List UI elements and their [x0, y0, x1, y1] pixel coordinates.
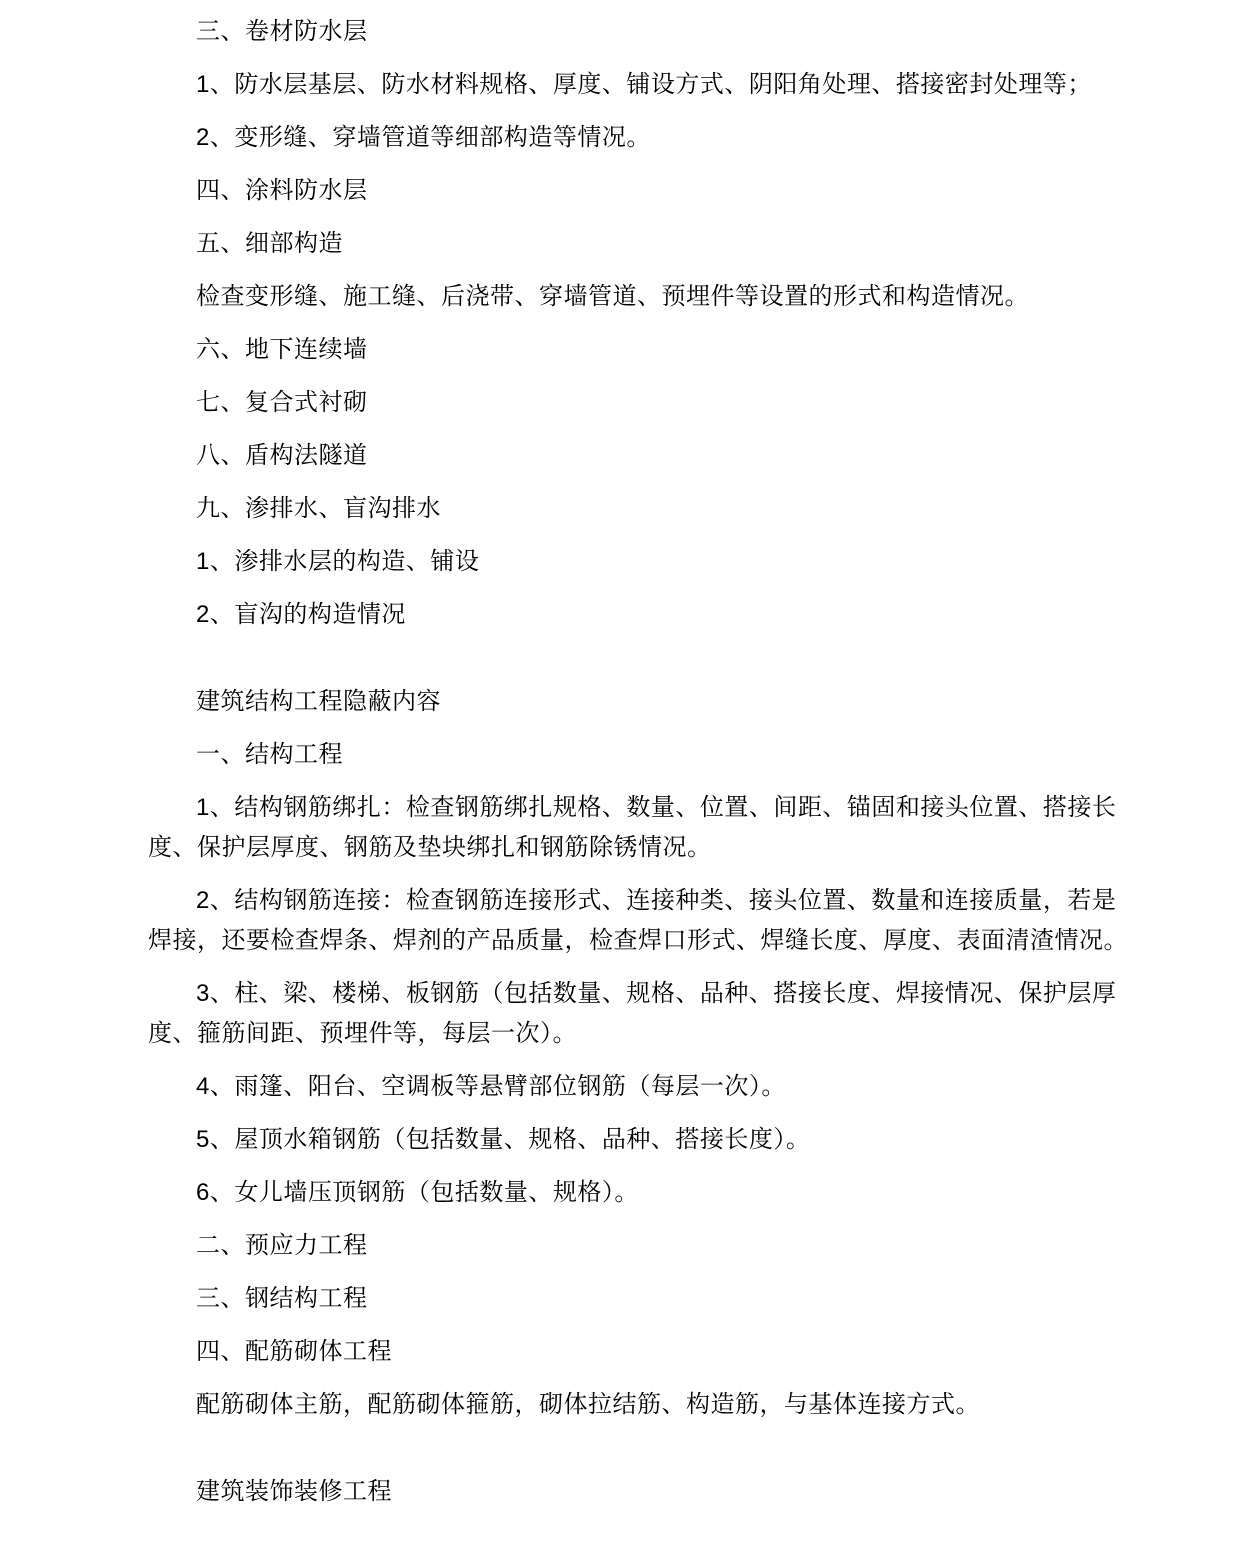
paragraph: 1、结构钢筋绑扎：检查钢筋绑扎规格、数量、位置、间距、锚固和接头位置、搭接长 度…	[148, 788, 1114, 868]
paragraph: 六、地下连续墙	[148, 330, 1114, 370]
paragraph: 五、细部构造	[148, 224, 1114, 264]
paragraph: 2、变形缝、穿墙管道等细部构造等情况。	[148, 118, 1114, 158]
section-heading: 建筑结构工程隐蔽内容	[148, 682, 1114, 722]
paragraph: 1、防水层基层、防水材料规格、厚度、铺设方式、阴阳角处理、搭接密封处理等；	[148, 65, 1114, 105]
paragraph: 三、卷材防水层	[148, 12, 1114, 52]
paragraph: 八、盾构法隧道	[148, 436, 1114, 476]
paragraph: 2、结构钢筋连接：检查钢筋连接形式、连接种类、接头位置、数量和连接质量，若是 焊…	[148, 881, 1114, 961]
paragraph: 5、屋顶水箱钢筋（包括数量、规格、品种、搭接长度）。	[148, 1120, 1114, 1160]
paragraph: 2、盲沟的构造情况	[148, 595, 1114, 635]
paragraph: 一、结构工程	[148, 735, 1114, 775]
paragraph: 四、配筋砌体工程	[148, 1332, 1114, 1372]
paragraph: 九、渗排水、盲沟排水	[148, 489, 1114, 529]
paragraph: 四、涂料防水层	[148, 171, 1114, 211]
section-heading: 建筑装饰装修工程	[148, 1472, 1114, 1512]
document-page: 三、卷材防水层 1、防水层基层、防水材料规格、厚度、铺设方式、阴阳角处理、搭接密…	[0, 0, 1242, 1553]
paragraph: 三、钢结构工程	[148, 1279, 1114, 1319]
paragraph: 1、渗排水层的构造、铺设	[148, 542, 1114, 582]
paragraph: 3、柱、梁、楼梯、板钢筋（包括数量、规格、品种、搭接长度、焊接情况、保护层厚 度…	[148, 974, 1114, 1054]
paragraph: 6、女儿墙压顶钢筋（包括数量、规格）。	[148, 1173, 1114, 1213]
paragraph: 配筋砌体主筋，配筋砌体箍筋，砌体拉结筋、构造筋，与基体连接方式。	[148, 1385, 1114, 1425]
paragraph: 4、雨篷、阳台、空调板等悬臂部位钢筋（每层一次）。	[148, 1067, 1114, 1107]
paragraph: 二、预应力工程	[148, 1226, 1114, 1266]
paragraph: 七、复合式衬砌	[148, 383, 1114, 423]
paragraph: 检查变形缝、施工缝、后浇带、穿墙管道、预埋件等设置的形式和构造情况。	[148, 277, 1114, 317]
